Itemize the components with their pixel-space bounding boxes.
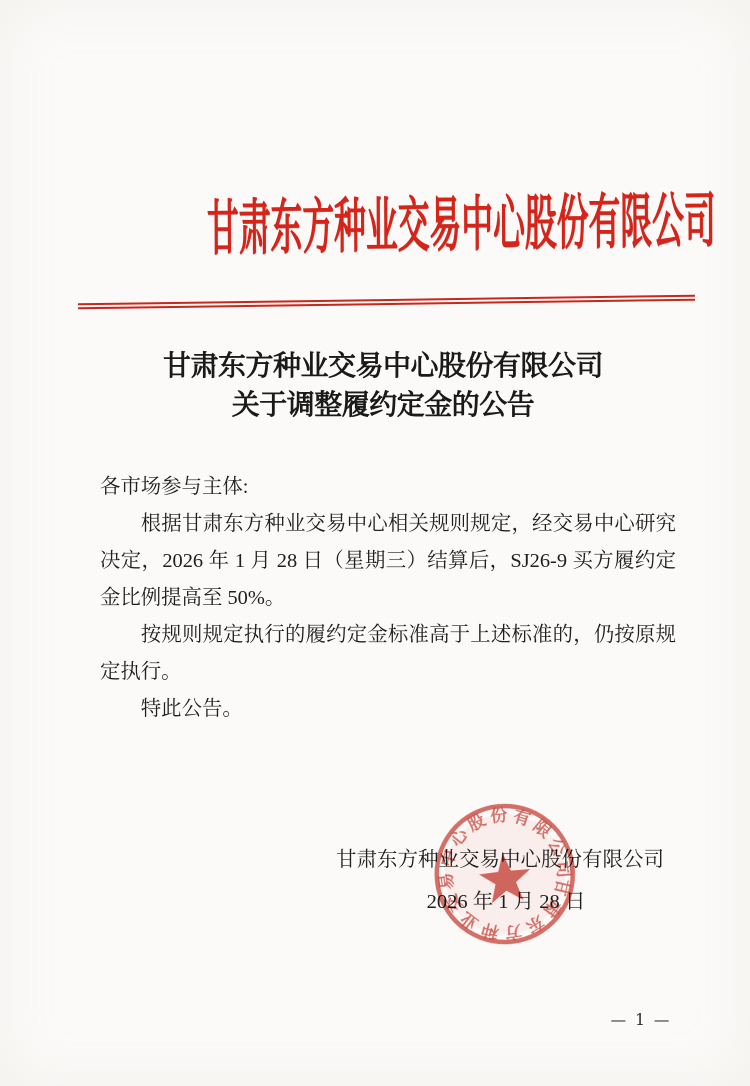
letterhead-company-name: 甘肃东方种业交易中心股份有限公司 — [207, 187, 584, 265]
page-number: — 1 — — [596, 1011, 686, 1029]
official-seal: 甘肃东方种业交易中心股份有限公司 — [417, 788, 593, 964]
document-body: 各市场参与主体: 根据甘肃东方种业交易中心相关规则规定，经交易中心研究决定，20… — [100, 469, 676, 728]
paragraph: 按规则规定执行的履约定金标准高于上述标准的，仍按原规定执行。 — [100, 617, 676, 691]
paragraph: 特此公告。 — [100, 691, 676, 728]
paragraph: 根据甘肃东方种业交易中心相关规则规定，经交易中心研究决定，2026 年 1 月 … — [100, 506, 676, 617]
document-title-line2: 关于调整履约定金的公告 — [16, 386, 750, 425]
document-page: 甘肃东方种业交易中心股份有限公司 甘肃东方种业交易中心股份有限公司 关于调整履约… — [0, 0, 750, 1086]
letterhead-divider-line — [78, 295, 695, 309]
document-title-line1: 甘肃东方种业交易中心股份有限公司 — [16, 347, 750, 386]
salutation: 各市场参与主体: — [100, 469, 676, 506]
document-title: 甘肃东方种业交易中心股份有限公司 关于调整履约定金的公告 — [16, 347, 750, 425]
